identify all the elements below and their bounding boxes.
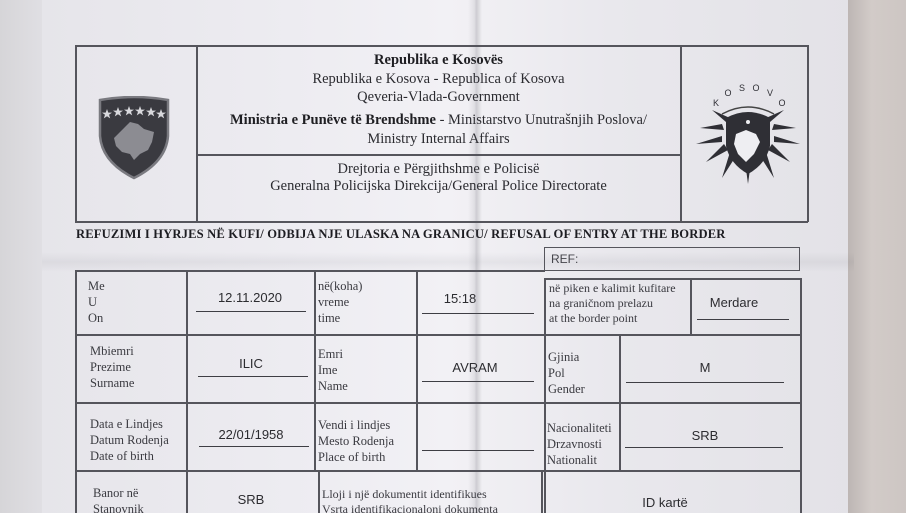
- svg-text:O: O: [778, 98, 785, 108]
- surname-underline: [198, 376, 308, 377]
- gender-underline: [626, 382, 784, 383]
- document-type-value[interactable]: ID kartë: [580, 495, 750, 510]
- svg-text:O: O: [724, 88, 731, 98]
- background-surface-right: [848, 0, 906, 513]
- entry-date-value[interactable]: 12.11.2020: [190, 290, 310, 305]
- date-of-birth-underline: [199, 446, 309, 447]
- svg-text:O: O: [752, 84, 759, 93]
- border-point-value[interactable]: Merdare: [694, 295, 774, 310]
- field-label-nationality: NacionalitetiDrzavnostiNationalit: [547, 420, 612, 468]
- nationality-value[interactable]: SRB: [640, 428, 770, 443]
- gender-value[interactable]: M: [640, 360, 770, 375]
- surname-value[interactable]: ILIC: [196, 356, 306, 371]
- field-label-name: EmriImeName: [318, 346, 348, 394]
- ministry-line: Ministria e Punëve të Brendshme - Minist…: [196, 111, 681, 129]
- svg-text:V: V: [767, 88, 773, 98]
- field-label-surname: MbiemriPrezimeSurname: [90, 343, 134, 391]
- field-label-resident-of: Banor nëStanovnik: [93, 485, 144, 513]
- directorate-albanian: Drejtoria e Përgjithshme e Policisë: [196, 160, 681, 178]
- field-label-border-point: në piken e kalimit kufitarena graničnom …: [549, 281, 676, 326]
- field-label-date-of-birth: Data e LindjesDatum RodenjaDate of birth: [90, 416, 169, 464]
- svg-text:K: K: [713, 98, 719, 108]
- resident-of-value[interactable]: SRB: [196, 492, 306, 507]
- directorate-serbian-english: Generalna Policijska Direkcija/General P…: [196, 177, 681, 195]
- field-label-gender: GjiniaPolGender: [548, 349, 585, 397]
- svg-text:S: S: [739, 84, 745, 93]
- entry-date-underline: [196, 311, 306, 312]
- form-title: REFUZIMI I HYRJES NË KUFI/ ODBIJA NJE UL…: [76, 227, 726, 242]
- date-of-birth-value[interactable]: 22/01/1958: [196, 427, 306, 442]
- field-label-date: MeUOn: [88, 278, 105, 326]
- field-label-place-of-birth: Vendi i lindjesMesto RodenjaPlace of bir…: [318, 417, 394, 465]
- ministry-albanian: Ministria e Punëve të Brendshme: [230, 112, 436, 128]
- paper-fold-horizontal: [42, 252, 854, 272]
- kosovo-coat-of-arms-icon: [96, 96, 172, 180]
- government-line: Qeveria-Vlada-Government: [196, 88, 681, 106]
- ministry-english: Ministry Internal Affairs: [196, 130, 681, 148]
- border-point-underline: [697, 319, 789, 320]
- country-title: Republika e Kosovës: [196, 51, 681, 69]
- country-subtitle: Republika e Kosova - Republica of Kosova: [196, 70, 681, 88]
- nationality-underline: [625, 447, 783, 448]
- kosovo-police-badge-icon: K O S O V O: [692, 84, 804, 188]
- field-label-time: në(koha)vremetime: [318, 278, 362, 326]
